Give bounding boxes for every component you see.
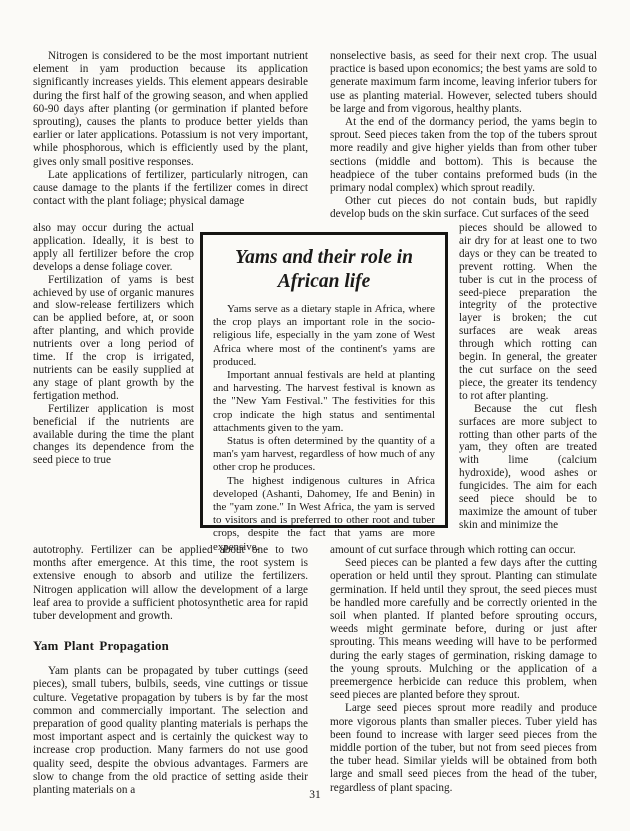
left-column-bottom-block: autotrophy. Fertilizer can be applied ab… xyxy=(33,544,308,797)
paragraph-dormancy-period: At the end of the dormancy period, the y… xyxy=(330,116,597,195)
paragraph-late-applications: Late applications of fertilizer, particu… xyxy=(33,169,308,209)
right-column-bottom-block: amount of cut surface through which rott… xyxy=(330,544,597,795)
paragraph-fertilization: Fertilization of yams is best achieved b… xyxy=(33,274,194,403)
paragraph-autotrophy-continued: autotrophy. Fertilizer can be applied ab… xyxy=(33,544,308,623)
section-heading-yam-plant-propagation: Yam Plant Propagation xyxy=(33,639,308,654)
callout-paragraph-indigenous-cultures: The highest indigenous cultures in Afric… xyxy=(213,475,435,554)
callout-box-title: Yams and their role in African life xyxy=(232,246,417,294)
callout-paragraph-festivals: Important annual festivals are held at p… xyxy=(213,369,435,435)
paragraph-cut-pieces-continued: pieces should be allowed to air dry for … xyxy=(459,222,597,403)
paragraph-propagation-methods: Yam plants can be propagated by tuber cu… xyxy=(33,665,308,797)
callout-paragraph-dietary-staple: Yams serve as a dietary staple in Africa… xyxy=(213,303,435,369)
paragraph-nonselective-basis: nonselective basis, as seed for their ne… xyxy=(330,50,597,116)
callout-paragraph-status: Status is often determined by the quanti… xyxy=(213,435,435,475)
document-page: Nitrogen is considered to be the most im… xyxy=(0,0,630,831)
paragraph-late-applications-continued: also may occur during the actual applica… xyxy=(33,222,194,274)
paragraph-cut-flesh-surfaces: Because the cut flesh surfaces are more … xyxy=(459,403,597,532)
paragraph-large-seed-pieces: Large seed pieces sprout more readily an… xyxy=(330,702,597,794)
paragraph-nitrogen: Nitrogen is considered to be the most im… xyxy=(33,50,308,169)
paragraph-fertilizer-application: Fertilizer application is most beneficia… xyxy=(33,403,194,468)
paragraph-seed-piece-planting: Seed pieces can be planted a few days af… xyxy=(330,557,597,702)
left-column-top-block: Nitrogen is considered to be the most im… xyxy=(33,50,308,208)
callout-box-yams-african-life: Yams and their role in African life Yams… xyxy=(200,232,448,528)
right-column-narrow-block: pieces should be allowed to air dry for … xyxy=(459,222,597,532)
left-column-narrow-block: also may occur during the actual applica… xyxy=(33,222,194,467)
paragraph-other-cut-pieces: Other cut pieces do not contain buds, bu… xyxy=(330,195,597,221)
right-column-top-block: nonselective basis, as seed for their ne… xyxy=(330,50,597,222)
page-number: 31 xyxy=(0,789,630,801)
